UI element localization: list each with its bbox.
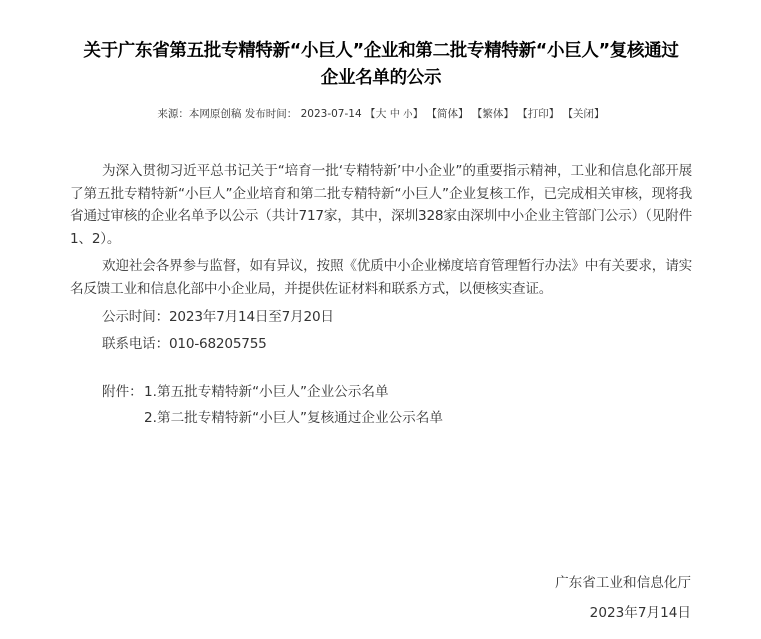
- paragraph-intro: 为深入贯彻习近平总书记关于“培育一批‘专精特新’中小企业”的重要指示精神，工业和…: [70, 160, 692, 250]
- font-medium-link[interactable]: 中: [390, 109, 400, 120]
- page-title: 关于广东省第五批专精特新“小巨人”企业和第二批专精特新“小巨人”复核通过 企业名…: [70, 38, 692, 92]
- article-body: 为深入贯彻习近平总书记关于“培育一批‘专精特新’中小企业”的重要指示精神，工业和…: [70, 160, 692, 360]
- font-small-link[interactable]: 小: [403, 109, 413, 120]
- traditional-chinese-link[interactable]: 【繁体】: [472, 108, 514, 120]
- font-size-switcher: 【大 中 小】: [365, 108, 423, 120]
- font-large-link[interactable]: 大: [375, 107, 386, 120]
- print-link[interactable]: 【打印】: [517, 108, 559, 120]
- close-link[interactable]: 【关闭】: [563, 108, 605, 120]
- attachment-link-1[interactable]: 1.第五批专精特新“小巨人”企业公示名单: [144, 379, 389, 405]
- publish-date: 2023-07-14: [301, 108, 362, 120]
- signature: 广东省工业和信息化厅 2023年7月14日: [555, 570, 691, 627]
- simplified-chinese-link[interactable]: 【简体】: [427, 108, 469, 120]
- attachment-row: 2.第二批专精特新“小巨人”复核通过企业公示名单: [102, 405, 443, 431]
- source-label: 来源：: [157, 108, 189, 120]
- notice-period: 公示时间：2023年7月14日至7月20日: [70, 306, 692, 329]
- attachments-label: 附件：: [102, 379, 144, 405]
- title-line-2: 企业名单的公示: [321, 68, 441, 88]
- publish-label: 发布时间：: [245, 108, 298, 120]
- paragraph-supervision: 欢迎社会各界参与监督，如有异议，按照《优质中小企业梯度培育管理暂行办法》中有关要…: [70, 255, 692, 300]
- attachment-link-2[interactable]: 2.第二批专精特新“小巨人”复核通过企业公示名单: [144, 405, 443, 431]
- signature-organization: 广东省工业和信息化厅: [555, 570, 691, 597]
- bracket-open: 【: [365, 108, 376, 120]
- attachments: 附件： 1.第五批专精特新“小巨人”企业公示名单 2.第二批专精特新“小巨人”复…: [102, 379, 443, 431]
- signature-date: 2023年7月14日: [555, 600, 691, 627]
- bracket-close: 】: [413, 108, 424, 120]
- article-meta: 来源：本网原创稿 发布时间： 2023-07-14 【大 中 小】 【简体】 【…: [70, 106, 692, 123]
- contact-phone: 联系电话：010-68205755: [70, 333, 692, 356]
- attachment-row: 附件： 1.第五批专精特新“小巨人”企业公示名单: [102, 379, 443, 405]
- title-line-1: 关于广东省第五批专精特新“小巨人”企业和第二批专精特新“小巨人”复核通过: [83, 41, 678, 61]
- source-value: 本网原创稿: [189, 108, 242, 120]
